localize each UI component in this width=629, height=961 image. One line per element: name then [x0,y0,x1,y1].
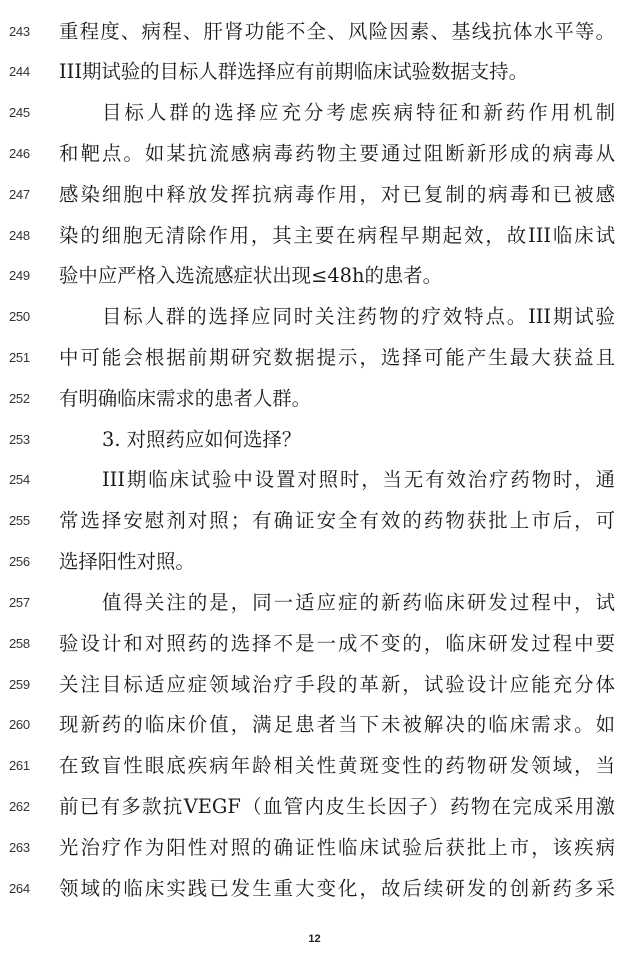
line-number: 245 [9,105,39,120]
line-number: 255 [9,513,39,528]
text-line: 256 选择阳性对照。 [0,547,629,577]
text-line: 245 目标人群的选择应充分考虑疾病特征和新药作用机制 [0,98,629,128]
text-line: 257 值得关注的是，同一适应症的新药临床研发过程中，试 [0,588,629,618]
line-number: 259 [9,677,39,692]
text-line: 261 在致盲性眼底疾病年龄相关性黄斑变性的药物研发领域，当 [0,751,629,781]
section-heading: 3. 对照药应如何选择？ [102,425,615,455]
text-line: 259 关注目标适应症领域治疗手段的革新，试验设计应能充分体 [0,670,629,700]
line-number: 252 [9,391,39,406]
line-number: 248 [9,228,39,243]
page-number: 12 [0,933,629,945]
line-text: 和靶点。如某抗流感病毒药物主要通过阻断新形成的病毒从 [59,139,615,169]
line-number: 264 [9,881,39,896]
line-text: 前已有多款抗VEGF（血管内皮生长因子）药物在完成采用激 [59,792,615,822]
line-text: 中可能会根据前期研究数据提示，选择可能产生最大获益且 [59,343,615,373]
line-text: 选择阳性对照。 [59,547,615,577]
text-line: 244 III期试验的目标人群选择应有前期临床试验数据支持。 [0,57,629,87]
text-line: 251 中可能会根据前期研究数据提示，选择可能产生最大获益且 [0,343,629,373]
line-number: 254 [9,472,39,487]
line-number: 246 [9,146,39,161]
line-text: 验设计和对照药的选择不是一成不变的，临床研发过程中要 [59,629,615,659]
line-number: 249 [9,268,39,283]
line-text: 现新药的临床价值，满足患者当下未被解决的临床需求。如 [59,710,615,740]
line-number: 257 [9,595,39,610]
text-line: 254 III期临床试验中设置对照时，当无有效治疗药物时，通 [0,465,629,495]
line-text: 验中应严格入选流感症状出现≤48h的患者。 [59,261,615,291]
text-line: 247 感染细胞中释放发挥抗病毒作用，对已复制的病毒和已被感 [0,180,629,210]
line-number: 258 [9,636,39,651]
line-text: III期临床试验中设置对照时，当无有效治疗药物时，通 [102,465,615,495]
line-number: 260 [9,717,39,732]
line-text: 关注目标适应症领域治疗手段的革新，试验设计应能充分体 [59,670,615,700]
line-text: III期试验的目标人群选择应有前期临床试验数据支持。 [59,57,615,87]
text-line: 246 和靶点。如某抗流感病毒药物主要通过阻断新形成的病毒从 [0,139,629,169]
line-text: 值得关注的是，同一适应症的新药临床研发过程中，试 [102,588,615,618]
text-line section-heading: 253 3. 对照药应如何选择？ [0,425,629,455]
line-number: 263 [9,840,39,855]
text-line: 249 验中应严格入选流感症状出现≤48h的患者。 [0,261,629,291]
text-line: 263 光治疗作为阳性对照的确证性临床试验后获批上市，该疾病 [0,833,629,863]
text-line: 248 染的细胞无清除作用，其主要在病程早期起效，故III临床试 [0,221,629,251]
line-text: 在致盲性眼底疾病年龄相关性黄斑变性的药物研发领域，当 [59,751,615,781]
line-number: 256 [9,554,39,569]
document-page: 243 重程度、病程、肝肾功能不全、风险因素、基线抗体水平等。 244 III期… [0,0,629,961]
line-number: 244 [9,64,39,79]
line-number: 243 [9,24,39,39]
line-text: 染的细胞无清除作用，其主要在病程早期起效，故III临床试 [59,221,615,251]
line-number: 247 [9,187,39,202]
text-line: 250 目标人群的选择应同时关注药物的疗效特点。III期试验 [0,302,629,332]
line-text: 常选择安慰剂对照；有确证安全有效的药物获批上市后，可 [59,506,615,536]
text-line: 264 领域的临床实践已发生重大变化，故后续研发的创新药多采 [0,874,629,904]
line-text: 重程度、病程、肝肾功能不全、风险因素、基线抗体水平等。 [59,17,615,47]
line-text: 目标人群的选择应同时关注药物的疗效特点。III期试验 [102,302,615,332]
line-text: 有明确临床需求的患者人群。 [59,384,615,414]
line-text: 领域的临床实践已发生重大变化，故后续研发的创新药多采 [59,874,615,904]
line-text: 目标人群的选择应充分考虑疾病特征和新药作用机制 [102,98,615,128]
text-line: 260 现新药的临床价值，满足患者当下未被解决的临床需求。如 [0,710,629,740]
text-line: 258 验设计和对照药的选择不是一成不变的，临床研发过程中要 [0,629,629,659]
line-number: 262 [9,799,39,814]
line-number: 261 [9,758,39,773]
text-line: 243 重程度、病程、肝肾功能不全、风险因素、基线抗体水平等。 [0,17,629,47]
text-line: 252 有明确临床需求的患者人群。 [0,384,629,414]
line-text: 感染细胞中释放发挥抗病毒作用，对已复制的病毒和已被感 [59,180,615,210]
line-number: 251 [9,350,39,365]
line-number: 253 [9,432,39,447]
line-text: 光治疗作为阳性对照的确证性临床试验后获批上市，该疾病 [59,833,615,863]
line-number: 250 [9,309,39,324]
text-line: 255 常选择安慰剂对照；有确证安全有效的药物获批上市后，可 [0,506,629,536]
text-line: 262 前已有多款抗VEGF（血管内皮生长因子）药物在完成采用激 [0,792,629,822]
